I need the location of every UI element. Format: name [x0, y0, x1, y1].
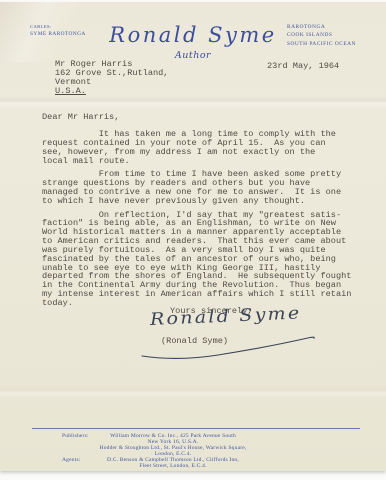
footer-rule	[32, 428, 360, 429]
letterhead-address-line: COOK ISLANDS	[287, 31, 356, 39]
recipient-address: Mr Roger Harris 162 Grove St.,Rutland, V…	[55, 60, 168, 96]
letterhead-address-line: SOUTH PACIFIC OCEAN	[287, 40, 356, 48]
salutation: Dear Mr Harris,	[42, 112, 119, 122]
paragraph: It has taken me a long time to comply wi…	[42, 130, 358, 165]
paper-crease	[0, 384, 386, 398]
paragraph: From time to time I have been asked some…	[42, 170, 358, 205]
agent-line: Fleet Street, London, E.C.4.	[58, 463, 288, 469]
scanned-letter-page: CABLES: SYME RAROTONGA Ronald Syme Autho…	[0, 0, 386, 480]
paragraph: On reflection, I'd say that my "greatest…	[42, 211, 358, 308]
letter-date: 23rd May, 1964	[267, 61, 339, 71]
paper-crease	[0, 96, 386, 108]
letterhead-address-line: RAROTONGA	[287, 23, 356, 31]
letter-body: It has taken me a long time to comply wi…	[42, 130, 358, 308]
recipient-country: U.S.A.	[55, 87, 168, 96]
signature-flourish	[138, 334, 320, 362]
letter-paper: CABLES: SYME RAROTONGA Ronald Syme Autho…	[0, 2, 386, 471]
letterhead-address: RAROTONGA COOK ISLANDS SOUTH PACIFIC OCE…	[287, 23, 356, 48]
footer-lines: William Morrow & Co. Inc., 425 Park Aven…	[58, 433, 288, 470]
